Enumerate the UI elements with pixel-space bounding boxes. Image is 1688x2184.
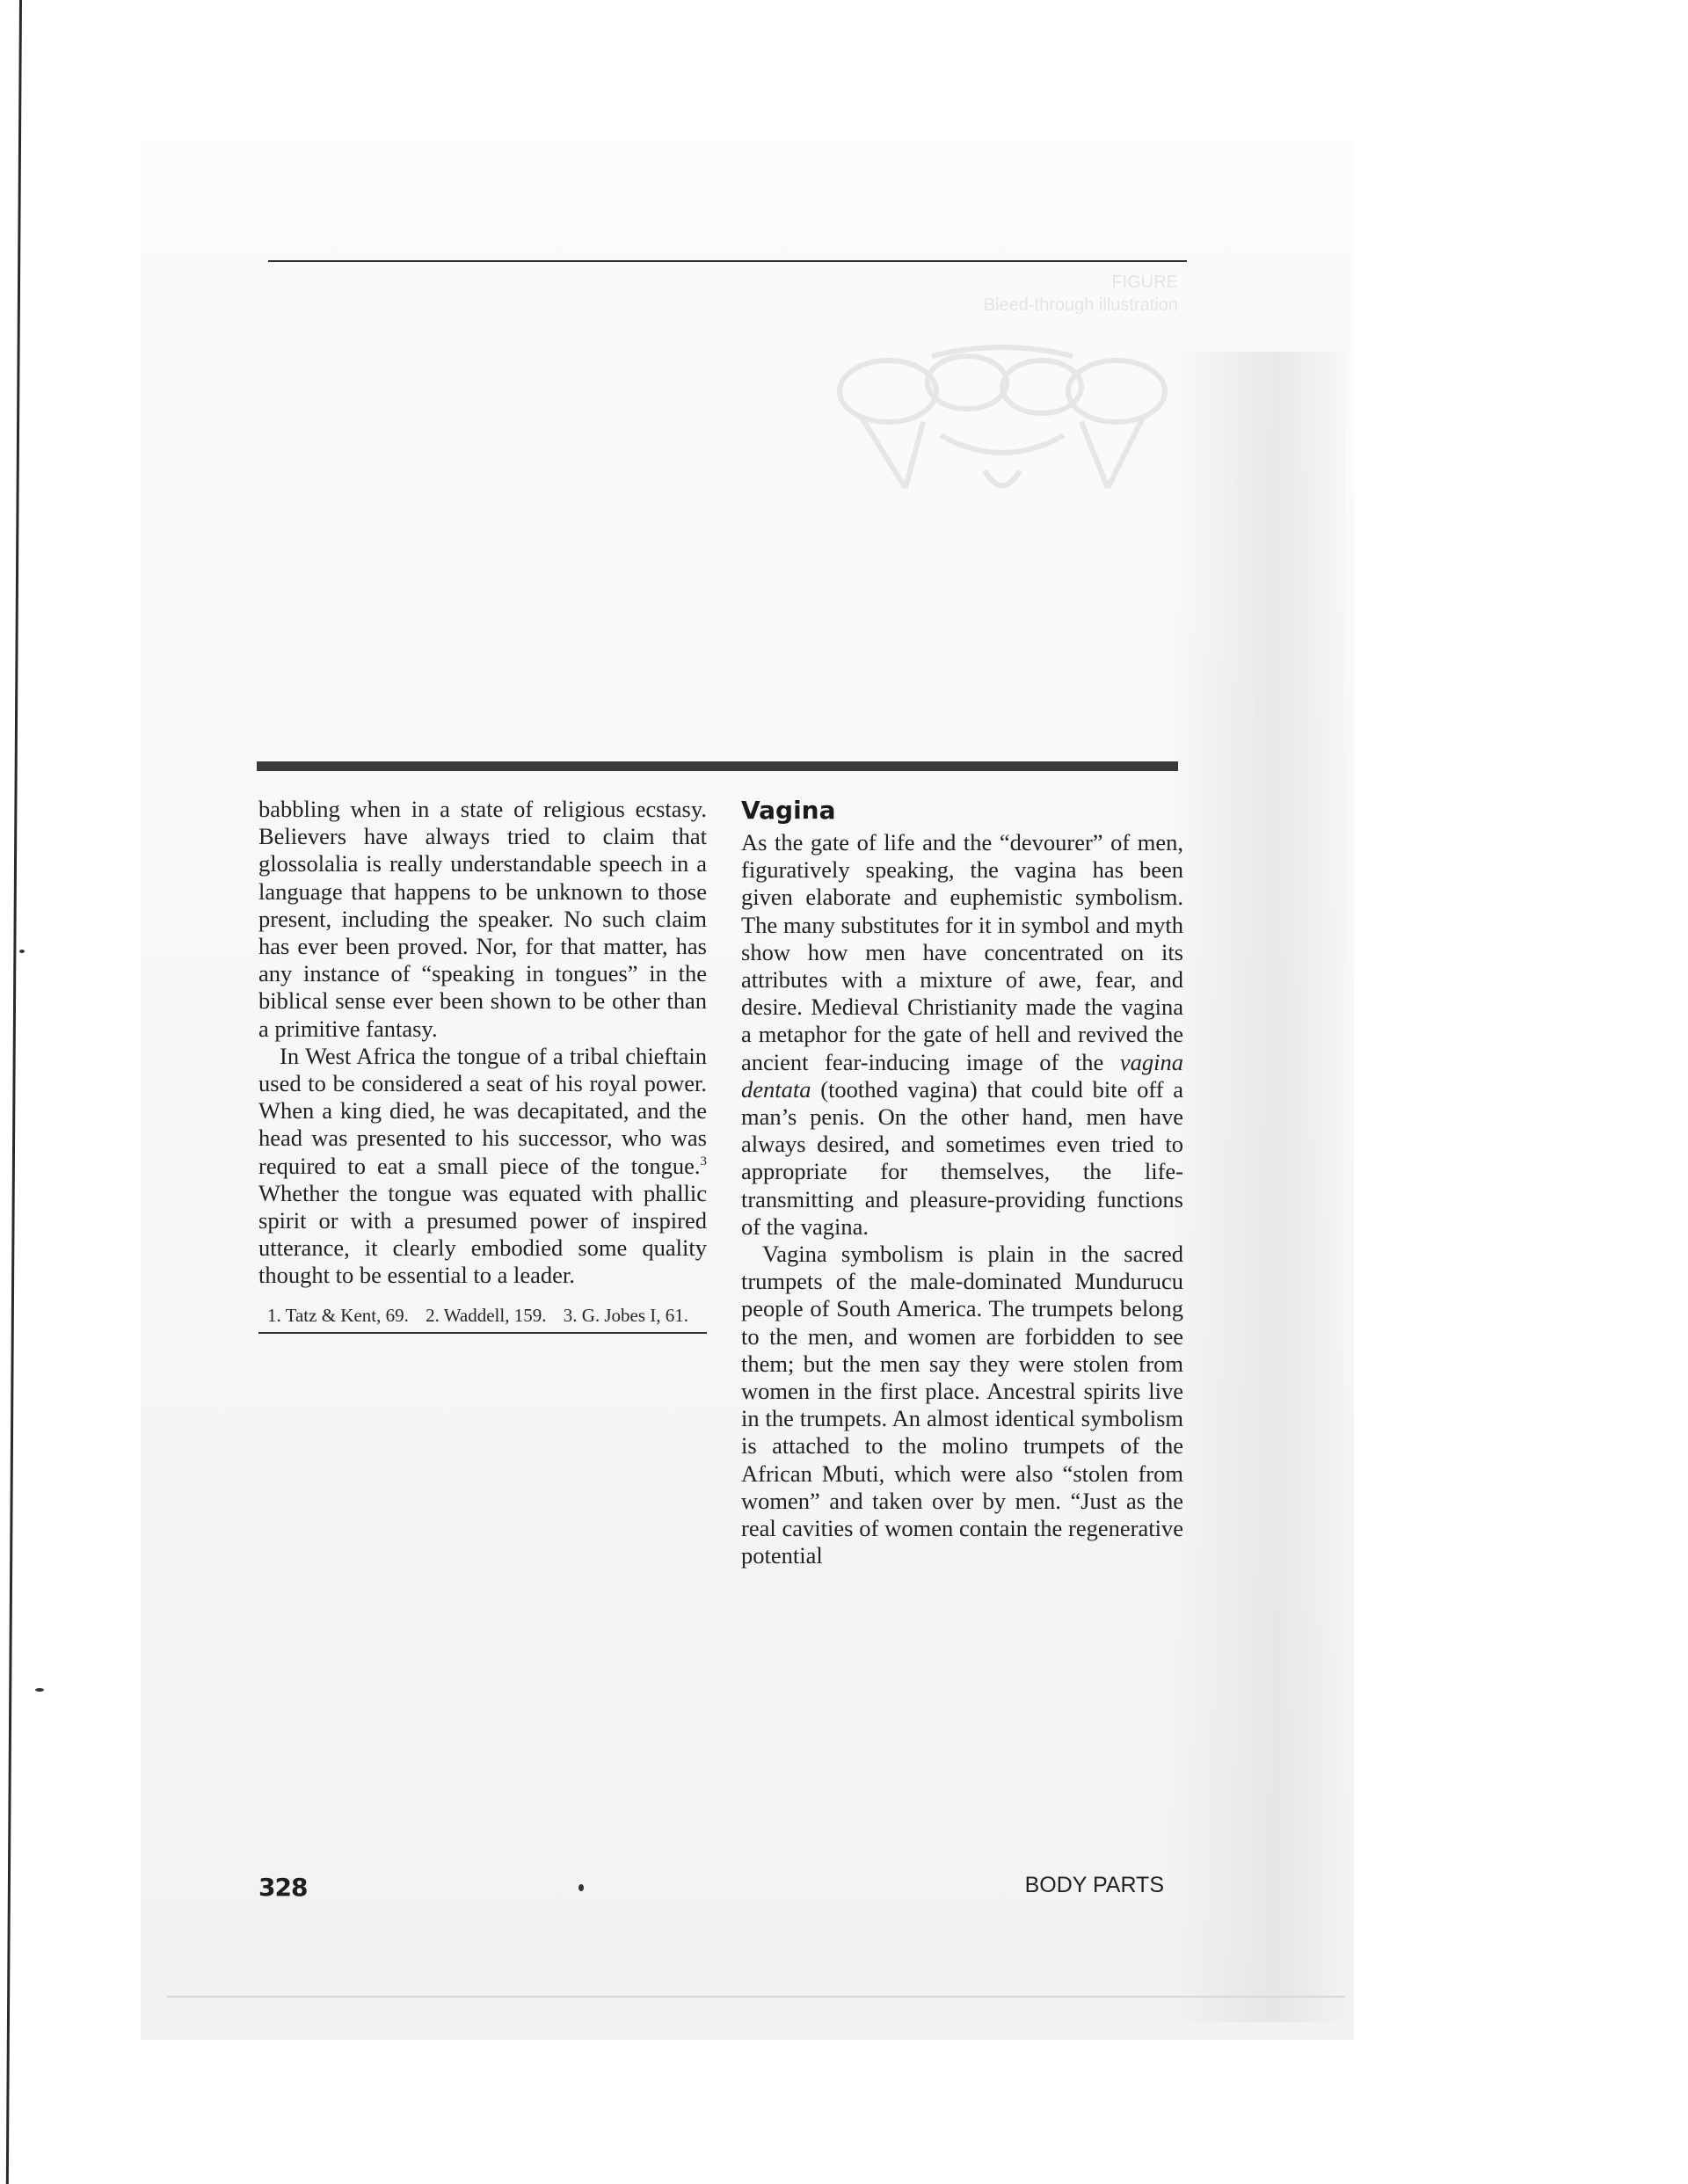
page-number: 328 bbox=[258, 1873, 307, 1902]
paragraph: babbling when in a state of religious ec… bbox=[258, 796, 707, 1043]
page-bottom-edge bbox=[167, 1996, 1345, 1998]
footnote: 2. Waddell, 159. bbox=[426, 1305, 546, 1326]
right-column: Vagina As the gate of life and the “devo… bbox=[741, 796, 1183, 1569]
running-head: BODY PARTS bbox=[1025, 1873, 1164, 1898]
footnote: 1. Tatz & Kent, 69. bbox=[267, 1305, 409, 1326]
scan-shadow bbox=[1169, 352, 1345, 2022]
bleed-through-caption: FIGURE Bleed-through illustration bbox=[976, 271, 1178, 317]
section-rule bbox=[257, 761, 1178, 771]
scan-speck bbox=[35, 1688, 44, 1692]
scan-edge-line bbox=[6, 0, 22, 2184]
entry-heading: Vagina bbox=[741, 796, 1183, 826]
paragraph: As the gate of life and the “devourer” o… bbox=[741, 829, 1183, 1241]
scan-speck bbox=[19, 950, 25, 953]
paragraph: In West Africa the tongue of a tribal ch… bbox=[258, 1043, 707, 1290]
left-column: babbling when in a state of religious ec… bbox=[258, 796, 707, 1334]
paragraph: Vagina symbolism is plain in the sacred … bbox=[741, 1241, 1183, 1569]
header-rule bbox=[268, 260, 1187, 262]
footnotes: 1. Tatz & Kent, 69. 2. Waddell, 159. 3. … bbox=[258, 1304, 707, 1334]
scan-speck bbox=[578, 1884, 584, 1891]
footnote: 3. G. Jobes I, 61. bbox=[564, 1305, 688, 1326]
footnote-marker: 3 bbox=[701, 1154, 708, 1168]
ornamental-mask-figure-icon bbox=[826, 339, 1178, 506]
